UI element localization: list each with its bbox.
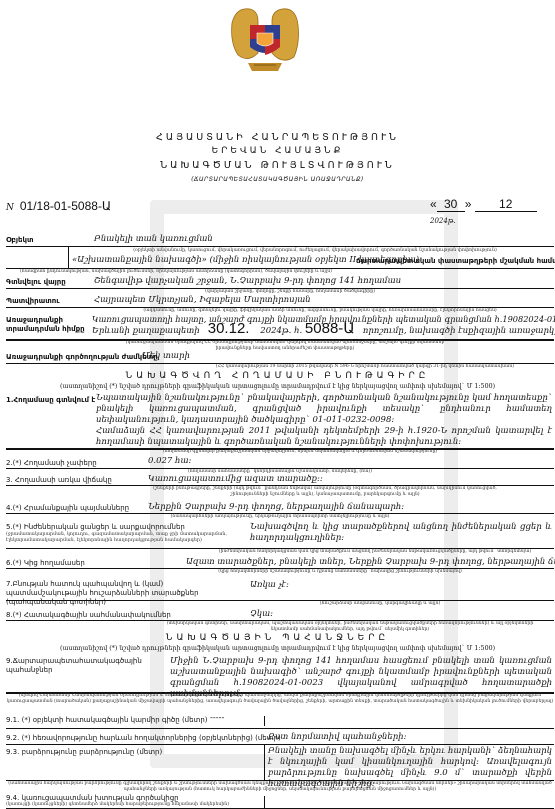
item4-value: Ներքին Չարբախ 9-րդ փողոց, ներթաղային ճան… [148,502,404,513]
city-title: ԵՐԵՎԱՆ ՀԱՄԱՅՆՔ [0,146,555,156]
item8-label: 8.(*) Հատակագծային սահմանափակումներ [6,611,171,620]
validity-value: Մեկ տարի [142,351,190,362]
item6-hint: (կից հողակտորների նշանակությունը և դրանց… [180,569,500,575]
divider [6,744,554,745]
validity-hint: (ՀՀ կառավարության 19 մարտի 2015 թվականի … [180,364,550,370]
item2-value: 0.027 հա: [148,456,191,467]
section1-title: ՆԱԽԱԳԾՎՈՂ ՀՈՂԱՄԱՍԻ ԲՆՈՒԹԱԳԻՐԸ [0,371,555,381]
date-year: 2024թ. [430,217,456,225]
item4-label: 4.(*) Հրամանքային պայմանները [6,504,129,513]
basis-year: 2024թ. h. [260,326,302,336]
item8-hint: (տեխնիկական գոտիներ, սանիտարական, պաշտպա… [160,621,540,633]
item9-3-text: 9.3. բարձրությունը բարձրությունը [6,748,134,756]
document-date: «30» 122024թ. [430,197,555,226]
section1-subtitle: (աստղանիշով (*) նշված դրույթների գրաֆիկա… [0,383,555,390]
item9-3-hint: (սահմանային հարկայնության բարձրությունը … [6,781,554,793]
item6-value: Ազատ տարածքներ, բնակելի տներ, Ներքին Չար… [186,557,555,568]
item9-2-label: 9.2. (*) հեռավորությունը հարևան հողակտոր… [6,734,281,743]
customer-label: Պատվիրատու [6,297,60,306]
item3-label: 3. Հողամասի առկա վիճակը [6,476,112,485]
item1-hint: (հողամասի գլխավոր քաղաքաշինական միջավայր… [140,449,460,455]
object-category: «Աշխատանքային նախագծի» (միջին ռիսկայնութ… [72,255,352,266]
object-hint: (օբյեկտի անվանումը, կառուցում, վերակառու… [80,248,550,254]
item7-hint: (հուշարձանի անվանումը, կարգավիճակը և այլ… [280,601,480,607]
section2-subtitle: (աստղանիշով (*) նշված դրույթների գրաֆիկա… [0,645,555,652]
divider [264,744,265,780]
item4-hint: (ճանապարհների առկայությունը, երկաթուղայի… [150,514,410,520]
document-subtitle: (ՃԱՐՏԱՐԱՊԵՏԱՀԱՏԱԿԱԳԾԱՅԻՆ ԱՌԱՋԱԴՐԱՆՔ) [0,176,555,183]
item3-value: Կառուցապատումից ազատ տարածք:: [148,474,323,485]
item9-1-value: ----- [210,713,224,724]
section2-title: ՆԱԽԱԳԾԱՅԻՆ ՊԱՀԱՆՋՆԵՐԸ [0,633,555,643]
date-day: 30 [437,197,465,212]
divider [264,796,265,808]
item9-1-text: 9.1. (*) օբյեկտի հատակագծային կարմիր գիծ… [6,716,180,724]
number-value: 01/18-01-5088-Ա [20,199,111,213]
item1-value: Նպատակային նշանակությունը` բնակավայրերի,… [96,393,552,426]
item9-hint: (ելնելով Հայաստանի Հանրապետության օրենսդ… [6,693,554,705]
country-title: ՀԱՅԱՍՏԱՆԻ ՀԱՆՐԱՊԵՏՈՒԹՅՈՒՆ [0,132,555,143]
item7-value: Առկա չէ: [250,580,289,591]
divider [264,716,265,726]
item1-value2: Համաձայն ՀՀ կառավարության 2011 թվականի դ… [96,426,552,448]
item2-label: 2.(*) Հողամասի չափերը [6,459,97,468]
item5-hint: (ինժեներական հաղորդակցման կամ կից տարածք… [200,549,550,555]
object-hint2: (հանգիստ ընդունակության, նախագծային լուծ… [20,269,350,275]
item9-2-value: Ըստ նորմատիվ պահանջների: [268,732,406,743]
item5-label-small: (ջրամատակարարման, կոյուղու, գազամատակարա… [6,532,236,544]
number-prefix: N [6,203,14,213]
coat-of-arms-icon [228,3,302,75]
basis-text: որոշումը, նախագծի էսքիզային առաջարկը: [363,326,555,336]
item7-label: 7.Բնության հատուկ պահպանվող և (կամ) պատմ… [6,580,236,607]
validity-label: Առաջադրանքի գործողության ժամկետը [6,353,158,362]
object-purpose: ճարտարապետական փաստաթղթերի մշակման համար [356,257,555,266]
object-label: Օբյեկտ [6,236,34,245]
item1-label: 1.Հողամասը գտնվում է [6,396,95,405]
basis-label: Առաջադրանքի տրամադրման հիմքը [6,316,86,334]
location-value: Շենգավիթ վարչական շրջան, Ն.Չարբախ 9-րդ փ… [94,276,401,287]
basis-order: Երևանի քաղաքապետի 30.12. 2024թ. h. 5088-… [92,323,555,337]
item5-label: 5.(*) Ինժեներական ցանցեր և սարքավորումնե… [6,523,185,532]
date-month: 12 [475,197,537,212]
item3-hint: (շենքերի բնութագրերը, շենքերի (այդ թվում… [150,486,500,498]
item9-1-label: 9.1. (*) օբյեկտի հատակագծային կարմիր գիծ… [6,716,208,725]
item9-2-text: 9.2. (*) հեռավորությունը հարևան հողակտոր… [6,734,253,742]
basis-mayor: Երևանի քաղաքապետի [92,326,200,336]
customer-value: Հայրապետ Մկրտչյան, Իզաբելա Մարտիրոսյան [94,295,311,306]
item6-label: 6.(*) Կից հողամասեր [6,559,85,568]
item9-3-label: 9.3. բարձրությունը բարձրությունը (մետր) [6,748,162,757]
object-value: Բնակելի տան կառուցման [94,234,213,245]
item9-3-unit: (մետր) [137,748,163,756]
basis-number: 5088-Ա [305,320,355,337]
divider [6,728,554,729]
divider [6,246,554,247]
item9-1-unit: (մետր) [182,716,208,724]
item8-value: Չկա: [250,609,273,620]
item5-value: Նախագծվող և կից տարածքներով անցնող ինժեն… [250,522,552,544]
document-number: N01/18-01-5088-Ա [6,199,111,213]
item9-label: 9.Ճարտարապետահատակագծային պահանջներ [6,657,156,675]
document-title: ՆԱԽԱԳԾՄԱՆ ԹՈՒՅԼՏՎՈՒԹՅՈՒՆ [0,160,555,171]
divider [68,246,69,268]
location-label: Գտնվելու վայրը [6,278,66,287]
basis-date: 30.12. [208,320,250,337]
